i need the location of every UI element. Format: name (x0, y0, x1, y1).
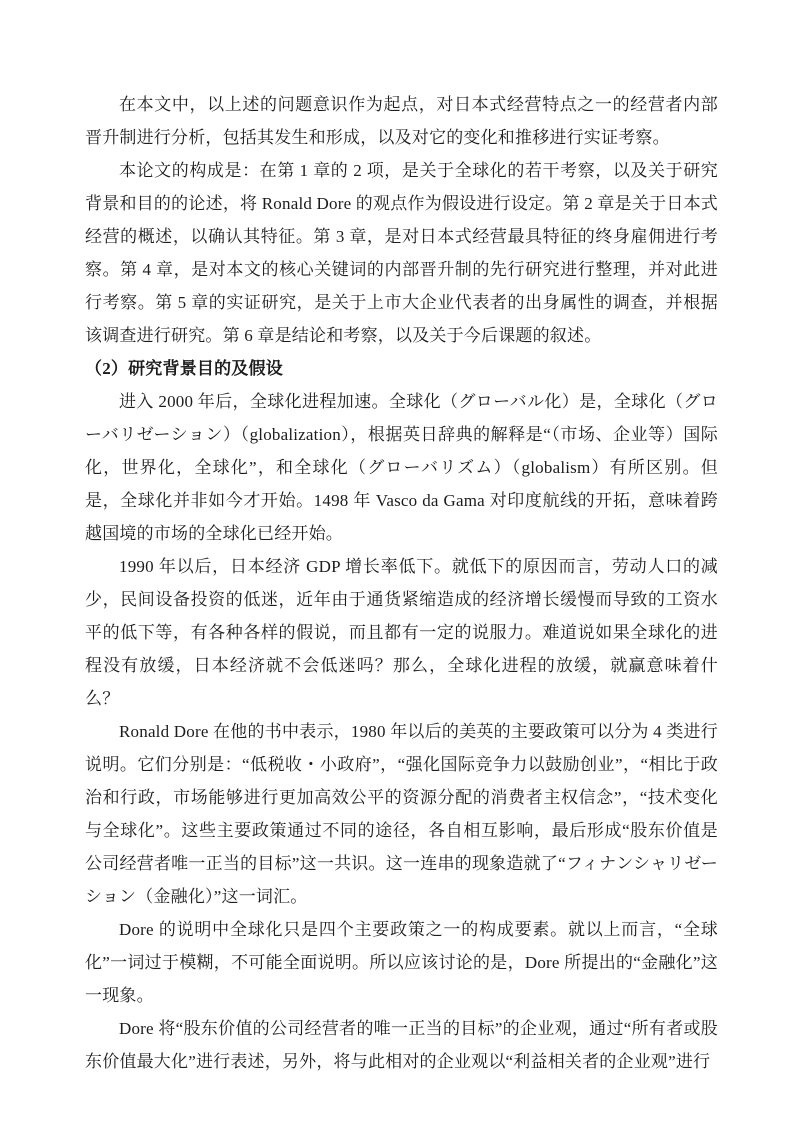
document-page: 在本文中，以上述的问题意识作为起点，对日本式经营特点之一的经营者内部晋升制进行分… (0, 0, 802, 1132)
paragraph-japan-gdp-decline: 1990 年以后，日本经济 GDP 增长率低下。就低下的原因而言，劳动人口的减少… (85, 550, 718, 715)
paragraph-thesis-structure: 本论文的构成是：在第 1 章的 2 项，是关于全球化的若干考察，以及关于研究背景… (85, 154, 718, 352)
paragraph-globalization-definition: 进入 2000 年后，全球化进程加速。全球化（グローバル化）是，全球化（グローバ… (85, 385, 718, 550)
paragraph-shareholder-value-view: Dore 将“股东价值的公司经营者的唯一正当的目标”的企业观，通过“所有者或股东… (85, 1012, 718, 1078)
paragraph-dore-four-policies: Ronald Dore 在他的书中表示，1980 年以后的美英的主要政策可以分为… (85, 715, 718, 913)
paragraph-intro-thesis: 在本文中，以上述的问题意识作为起点，对日本式经营特点之一的经营者内部晋升制进行分… (85, 88, 718, 154)
paragraph-dore-financialization: Dore 的说明中全球化只是四个主要政策之一的构成要素。就以上而言，“全球化”一… (85, 913, 718, 1012)
section-heading-research-background: （2）研究背景目的及假设 (85, 352, 718, 385)
